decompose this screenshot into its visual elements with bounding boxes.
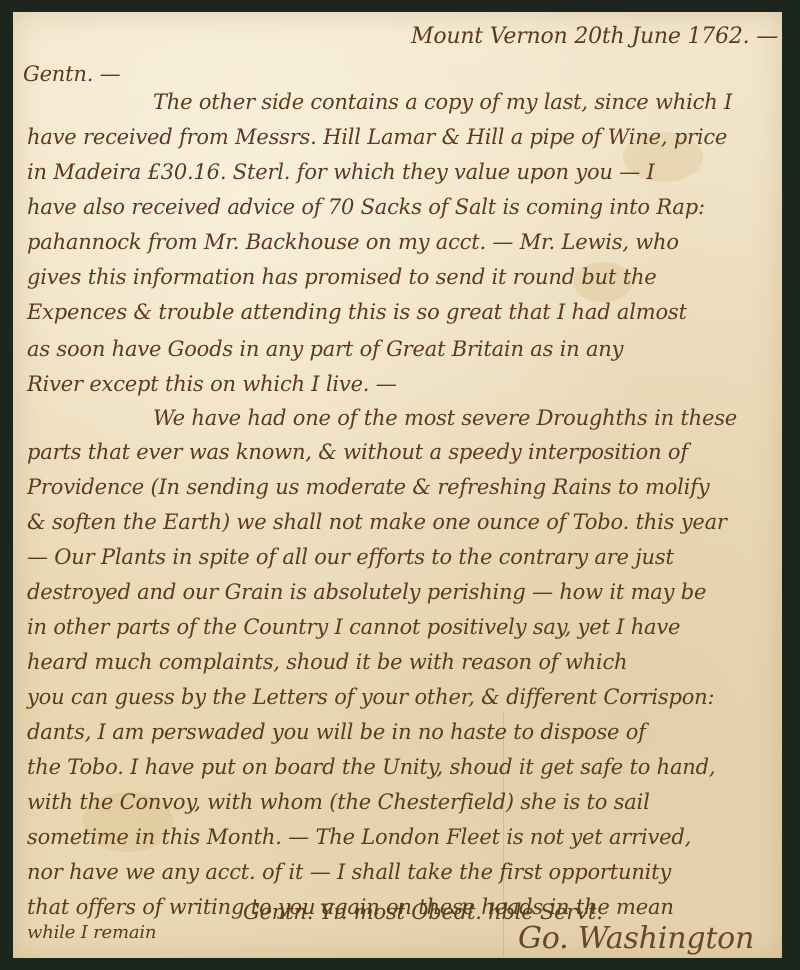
letter-line: as soon have Goods in any part of Great … bbox=[27, 339, 623, 360]
letter-line: have received from Messrs. Hill Lamar & … bbox=[27, 127, 727, 148]
letter-line: pahannock from Mr. Backhouse on my acct.… bbox=[27, 232, 679, 253]
letter-line: sometime in this Month. — The London Fle… bbox=[27, 827, 691, 848]
letter-line: Providence (In sending us moderate & ref… bbox=[27, 477, 709, 498]
letter-closing: Gentn. Yr. most Obedt. hble Servt. bbox=[243, 902, 603, 923]
letter-line: dants, I am perswaded you will be in no … bbox=[27, 722, 646, 743]
letter-line: have also received advice of 70 Sacks of… bbox=[27, 197, 705, 218]
letter-signature: Go. Washington bbox=[518, 924, 754, 954]
letter-salutation: Gentn. — bbox=[23, 64, 120, 85]
letter-line: Expences & trouble attending this is so … bbox=[27, 302, 687, 323]
letter-paper: Mount Vernon 20th June 1762. — Gentn. — … bbox=[13, 12, 782, 958]
letter-line: destroyed and our Grain is absolutely pe… bbox=[27, 582, 706, 603]
letter-line: in other parts of the Country I cannot p… bbox=[27, 617, 680, 638]
letter-line: heard much complaints, shoud it be with … bbox=[27, 652, 627, 673]
letter-line: nor have we any acct. of it — I shall ta… bbox=[27, 862, 671, 883]
letter-line: We have had one of the most severe Droug… bbox=[153, 408, 737, 429]
letter-line: with the Convoy, with whom (the Chesterf… bbox=[27, 792, 650, 813]
letter-line: & soften the Earth) we shall not make on… bbox=[27, 512, 727, 533]
letter-line: The other side contains a copy of my las… bbox=[153, 92, 732, 113]
letter-line: you can guess by the Letters of your oth… bbox=[27, 687, 714, 708]
document-frame: Mount Vernon 20th June 1762. — Gentn. — … bbox=[0, 0, 800, 970]
letter-line: in Madeira £30.16. Sterl. for which they… bbox=[27, 162, 655, 183]
letter-line: parts that ever was known, & without a s… bbox=[27, 442, 688, 463]
letter-line: — Our Plants in spite of all our efforts… bbox=[27, 547, 674, 568]
letter-line: the Tobo. I have put on board the Unity,… bbox=[27, 757, 715, 778]
letter-line: gives this information has promised to s… bbox=[27, 267, 657, 288]
letter-dateline: Mount Vernon 20th June 1762. — bbox=[411, 26, 778, 48]
letter-line: River except this on which I live. — bbox=[27, 374, 397, 395]
letter-line: while I remain bbox=[27, 924, 156, 942]
